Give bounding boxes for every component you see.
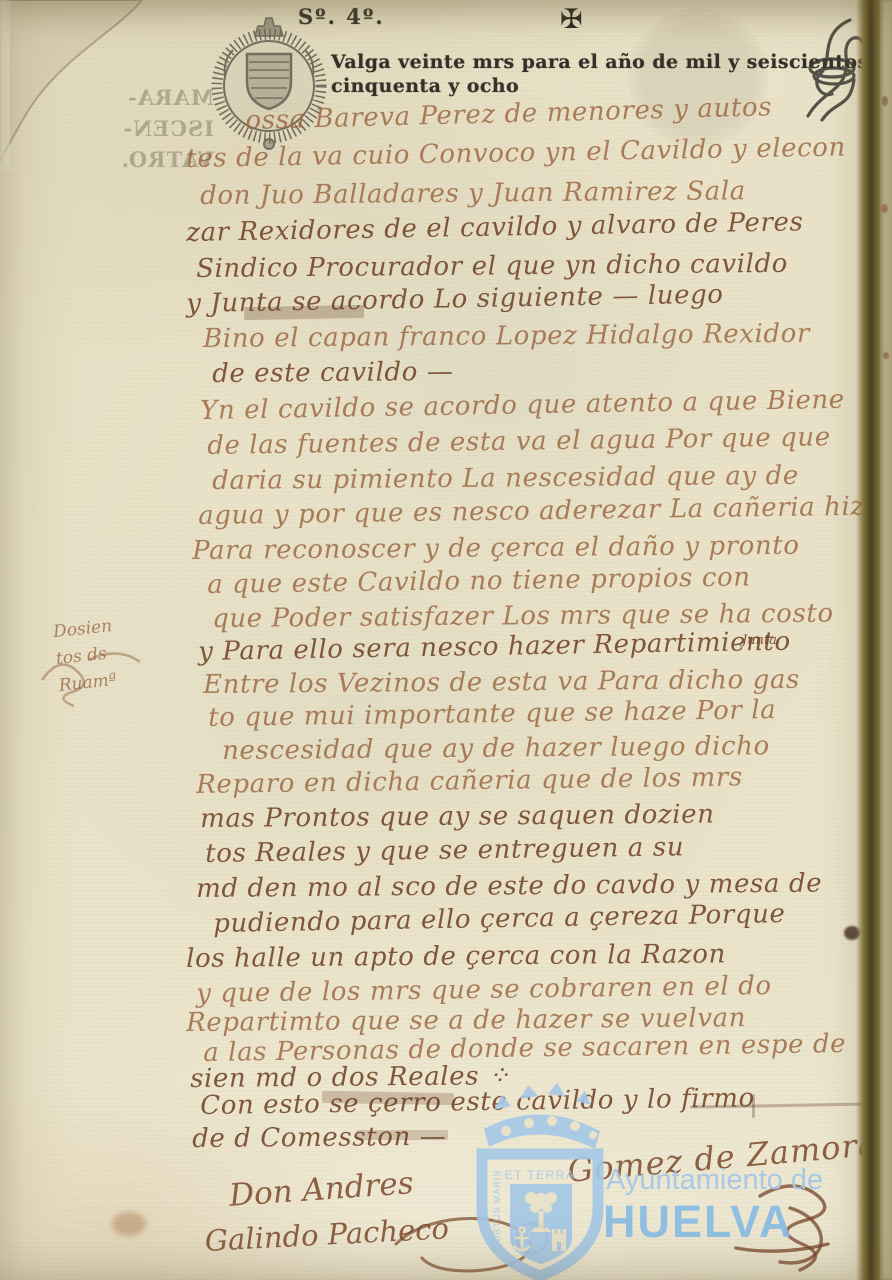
manuscript-line: Bino el capan franco Lopez Hidalgo Rexid… — [203, 319, 810, 354]
scanned-manuscript-page: MARA-ISCEN-VATRO. Sº. 4º. ✠ Valga veinte… — [0, 0, 892, 1280]
maltese-cross-icon: ✠ — [560, 4, 583, 35]
manuscript-line: agua y por que es nesco aderezar La cañe… — [198, 491, 881, 531]
manuscript-line: Sindico Procurador el que yn dicho cavil… — [196, 249, 788, 284]
rust-spot — [881, 204, 888, 213]
manuscript-line: don Juo Balladares y Juan Ramirez Sala — [200, 176, 746, 211]
manuscript-line: md den mo al sco de este do cavdo y mesa… — [196, 869, 822, 904]
manuscript-line: zar Rexidores de el cavildo y alvaro de … — [186, 207, 804, 248]
page-corner-damage — [0, 0, 180, 200]
manuscript-line: nescesidad que ay de hazer luego dicho — [222, 731, 770, 766]
manuscript-line: los halle un apto de çerca con la Razon — [186, 939, 726, 974]
manuscript-line: Para reconoscer y de çerca el daño y pro… — [192, 531, 800, 566]
watermark-org-name-large: HUELVA — [603, 1196, 793, 1248]
rust-spot — [883, 352, 889, 359]
watermark-tower-door — [557, 1242, 561, 1251]
manuscript-line: Entre los Vezinos de esta va Para dicho … — [203, 665, 800, 700]
series-label: Sº. 4º. — [298, 4, 385, 29]
watermark-org-name-small: Ayuntamiento de — [606, 1164, 823, 1197]
manuscript-line: de las fuentes de esta va el agua Por qu… — [207, 422, 831, 461]
manuscript-line: daria su pimiento La nescesidad que ay d… — [212, 461, 799, 496]
crossed-out-word — [356, 1130, 448, 1140]
binding-gutter-edge — [856, 0, 880, 1280]
interline-note: Junta — [742, 633, 777, 648]
closing-cross-mark — [752, 1094, 755, 1118]
manuscript-line: to que mui importante que se haze Por la — [208, 695, 776, 733]
margin-flourish-icon — [34, 640, 164, 710]
manuscript-line: pudiendo para ello çerca a çereza Porque — [213, 899, 786, 939]
manuscript-line: a que este Cavildo no tiene propios con — [207, 562, 751, 600]
paper-stain — [112, 1212, 146, 1236]
watermark-motto-left: PORTUS MARIS — [492, 1170, 502, 1250]
next-folio-sliver — [880, 0, 892, 1280]
manuscript-line: Yn el cavildo se acordo que atento a que… — [200, 385, 845, 426]
manuscript-line: mas Prontos que ay se saquen dozien — [200, 800, 715, 834]
tax-stamp-text-line2: cinquenta y ocho — [331, 75, 519, 97]
manuscript-line: tos Reales y que se entreguen a su — [205, 832, 684, 869]
left-page-edge — [0, 0, 10, 1280]
manuscript-line: Reparo en dicha cañeria que de los mrs — [196, 762, 743, 800]
faint-stamp-ghost — [628, 8, 768, 148]
manuscript-line: de este cavildo — — [212, 357, 454, 389]
crossed-out-word — [322, 1091, 454, 1105]
ink-mark-next-page — [882, 96, 888, 106]
crossed-out-word — [244, 305, 364, 320]
watermark-motto-top: ET TERRA — [505, 1168, 576, 1182]
